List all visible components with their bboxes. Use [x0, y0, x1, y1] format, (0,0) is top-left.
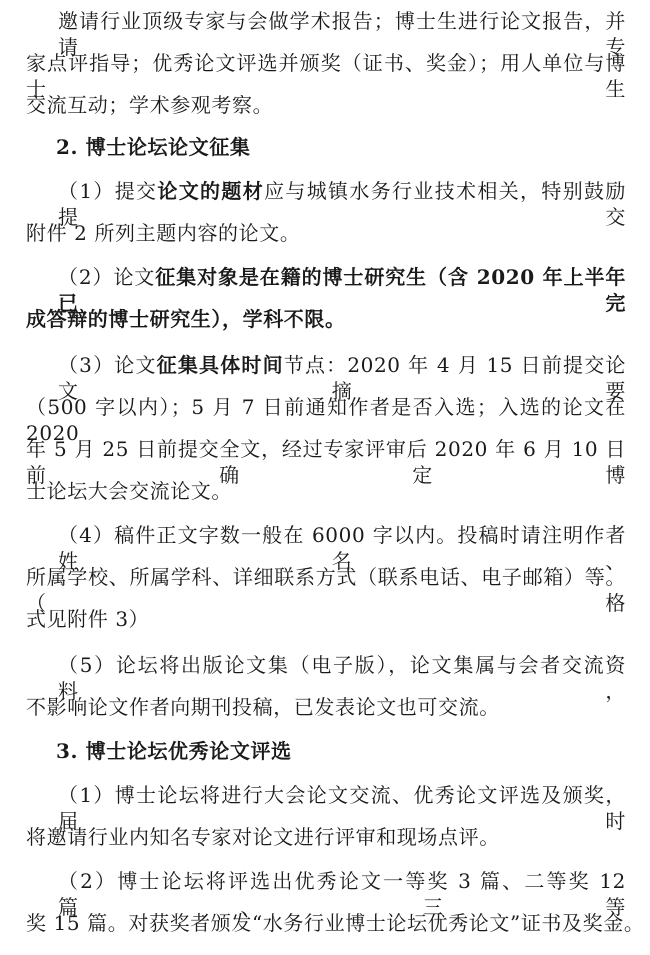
bold-span: 论文的题材 — [157, 179, 264, 203]
section-2-item-2-line-2: 成答辩的博士研究生），学科不限。 — [26, 306, 626, 332]
section-2-item-5-line-2: 不影响论文作者向期刊投稿，已发表论文也可交流。 — [26, 694, 626, 720]
text-span: （2）论文 — [58, 265, 155, 289]
section-2-item-3-line-4: 士论坛大会交流论文。 — [26, 478, 626, 504]
intro-line-3: 交流互动；学术参观考察。 — [26, 92, 626, 118]
section-2-item-1-line-2: 附件 2 所列主题内容的论文。 — [26, 220, 626, 246]
document-page: 邀请行业顶级专家与会做学术报告；博士生进行论文报告，并请专 家点评指导；优秀论文… — [0, 0, 650, 955]
section-3-heading: 3. 博士论坛优秀论文评选 — [56, 738, 650, 764]
bold-span: 征集具体时间 — [157, 353, 284, 377]
text-span: （1）提交 — [58, 179, 157, 203]
section-2-heading: 2. 博士论坛论文征集 — [56, 134, 650, 160]
section-3-item-2-line-2: 奖 15 篇。对获奖者颁发“水务行业博士论坛优秀论文”证书及奖金。 — [26, 910, 626, 936]
section-3-item-1-line-2: 将邀请行业内知名专家对论文进行评审和现场点评。 — [26, 824, 626, 850]
section-2-item-4-line-3: 式见附件 3） — [26, 606, 626, 632]
text-span: （3）论文 — [58, 353, 157, 377]
